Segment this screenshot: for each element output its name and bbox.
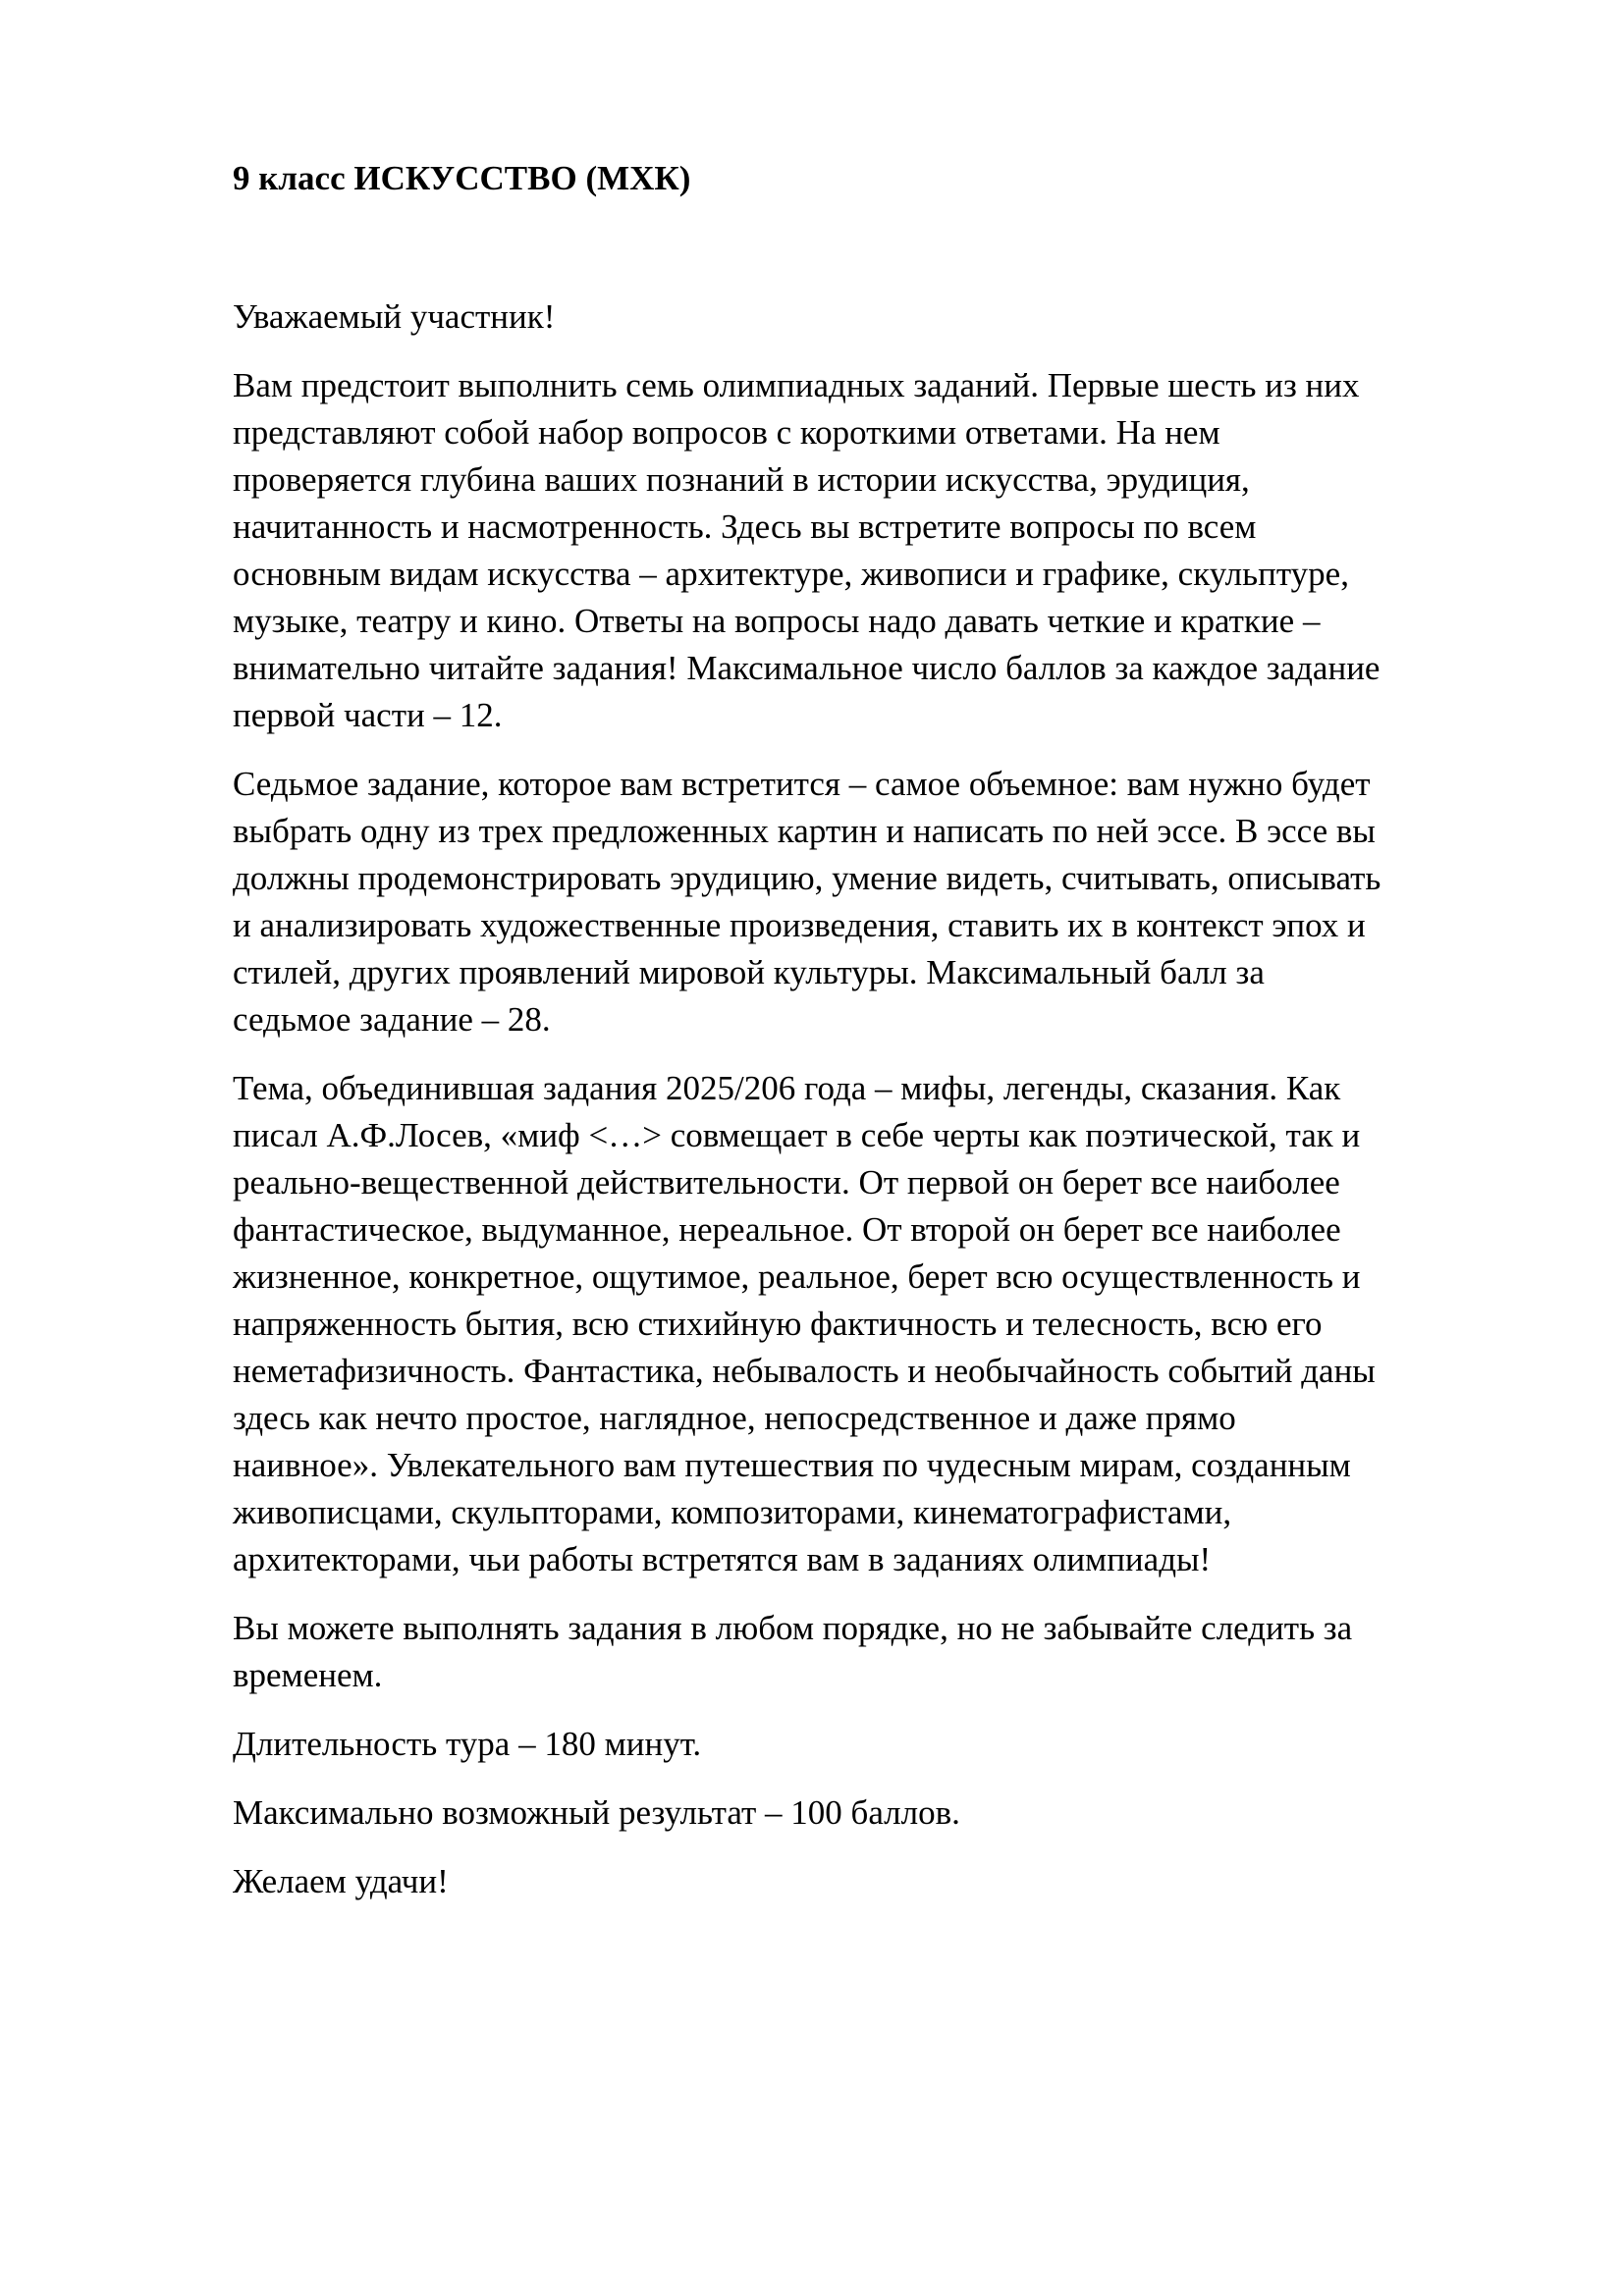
text-line: проверяется глубина ваших познаний в ист… [233, 456, 1539, 504]
greeting-line: Уважаемый участник! [233, 294, 1539, 341]
text-line: Тема, объединившая задания 2025/206 года… [233, 1065, 1539, 1112]
text-line: писал А.Ф.Лосев, «миф <…> совмещает в се… [233, 1112, 1539, 1159]
text-line: наивное». Увлекательного вам путешествия… [233, 1442, 1539, 1489]
text-line: и анализировать художественные произведе… [233, 902, 1539, 949]
document-body: Уважаемый участник! Вам предстоит выполн… [233, 294, 1539, 1927]
document-title: 9 класс ИСКУССТВО (МХК) [233, 157, 690, 200]
text-line: Седьмое задание, которое вам встретится … [233, 761, 1539, 808]
text-line: первой части – 12. [233, 692, 1539, 739]
text-line: музыке, театру и кино. Ответы на вопросы… [233, 598, 1539, 645]
paragraph-intro-tasks: Вам предстоит выполнить семь олимпиадных… [233, 362, 1539, 739]
text-line: жизненное, конкретное, ощутимое, реально… [233, 1254, 1539, 1301]
paragraph-duration: Длительность тура – 180 минут. [233, 1721, 1539, 1768]
text-line: живописцами, скульпторами, композиторами… [233, 1489, 1539, 1536]
text-line: неметафизичность. Фантастика, небывалост… [233, 1348, 1539, 1395]
text-line: временем. [233, 1652, 1539, 1699]
text-line: Вы можете выполнять задания в любом поря… [233, 1605, 1539, 1652]
text-line: Максимально возможный результат – 100 ба… [233, 1789, 1539, 1837]
text-line: Длительность тура – 180 минут. [233, 1721, 1539, 1768]
text-line: седьмое задание – 28. [233, 996, 1539, 1043]
paragraph-theme: Тема, объединившая задания 2025/206 года… [233, 1065, 1539, 1583]
paragraph-essay-task: Седьмое задание, которое вам встретится … [233, 761, 1539, 1043]
text-line: Желаем удачи! [233, 1858, 1539, 1905]
text-line: должны продемонстрировать эрудицию, умен… [233, 855, 1539, 902]
greeting: Уважаемый участник! [233, 294, 1539, 341]
text-line: напряженность бытия, всю стихийную факти… [233, 1301, 1539, 1348]
paragraph-good-luck: Желаем удачи! [233, 1858, 1539, 1905]
text-line: реально-вещественной действительности. О… [233, 1159, 1539, 1206]
text-line: стилей, других проявлений мировой культу… [233, 949, 1539, 996]
text-line: здесь как нечто простое, наглядное, непо… [233, 1395, 1539, 1442]
text-line: представляют собой набор вопросов с коро… [233, 409, 1539, 456]
paragraph-order-note: Вы можете выполнять задания в любом поря… [233, 1605, 1539, 1699]
paragraph-max-score: Максимально возможный результат – 100 ба… [233, 1789, 1539, 1837]
text-line: архитекторами, чьи работы встретятся вам… [233, 1536, 1539, 1583]
text-line: фантастическое, выдуманное, нереальное. … [233, 1206, 1539, 1254]
text-line: основным видам искусства – архитектуре, … [233, 551, 1539, 598]
text-line: начитанность и насмотренность. Здесь вы … [233, 504, 1539, 551]
text-line: Вам предстоит выполнить семь олимпиадных… [233, 362, 1539, 409]
text-line: выбрать одну из трех предложенных картин… [233, 808, 1539, 855]
text-line: внимательно читайте задания! Максимально… [233, 645, 1539, 692]
